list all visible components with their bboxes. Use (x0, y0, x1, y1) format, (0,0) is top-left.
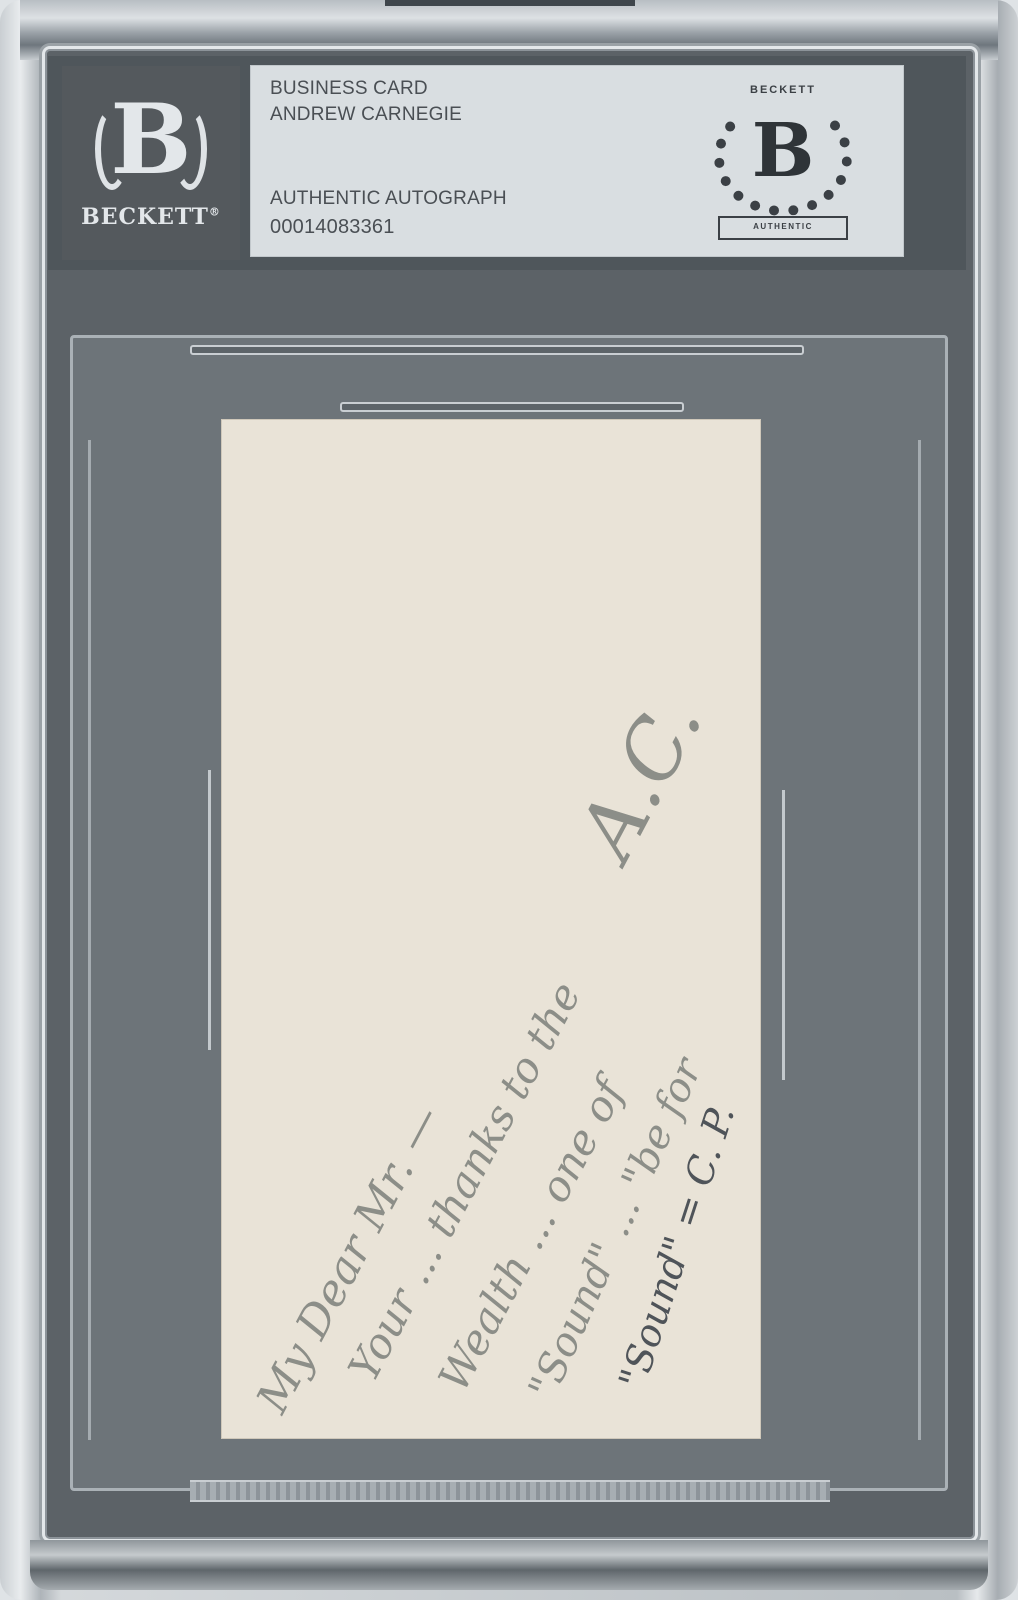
authentication-status: AUTHENTIC AUTOGRAPH (270, 187, 507, 211)
seal-banner: AUTHENTIC (718, 216, 848, 240)
signature: A.C. (560, 682, 721, 873)
item-subject: ANDREW CARNEGIE (270, 103, 462, 127)
left-edge-rail (88, 440, 91, 1440)
certificate-serial: 00014083361 (270, 215, 395, 239)
well-top-rail (190, 345, 804, 355)
logo-letter: B (91, 88, 211, 192)
beckett-b-laurel-icon: B (91, 88, 211, 198)
seal-letter: B (706, 108, 860, 194)
item-type: BUSINESS CARD (270, 77, 428, 101)
slab-bottom-base (30, 1540, 988, 1590)
left-guide-rail (208, 770, 211, 1050)
seal-top-text: BECKETT (706, 84, 860, 96)
brand-wordmark: BECKETT® (81, 204, 221, 230)
card-top-clip (340, 402, 684, 412)
handwritten-note: My Dear Mr. — Your ... thanks to the Wea… (222, 420, 760, 1438)
brand-name: BECKETT (81, 204, 209, 230)
registered-mark: ® (209, 206, 221, 219)
right-guide-rail (782, 790, 785, 1080)
right-edge-rail (918, 440, 921, 1440)
business-card: My Dear Mr. — Your ... thanks to the Wea… (222, 420, 760, 1438)
beckett-authentic-seal-icon: BECKETT B AUTHENTIC (706, 80, 860, 246)
beckett-logo: B BECKETT® (62, 66, 240, 260)
slab-bottom-strip (190, 1480, 830, 1502)
slab-top-notch (385, 0, 635, 6)
